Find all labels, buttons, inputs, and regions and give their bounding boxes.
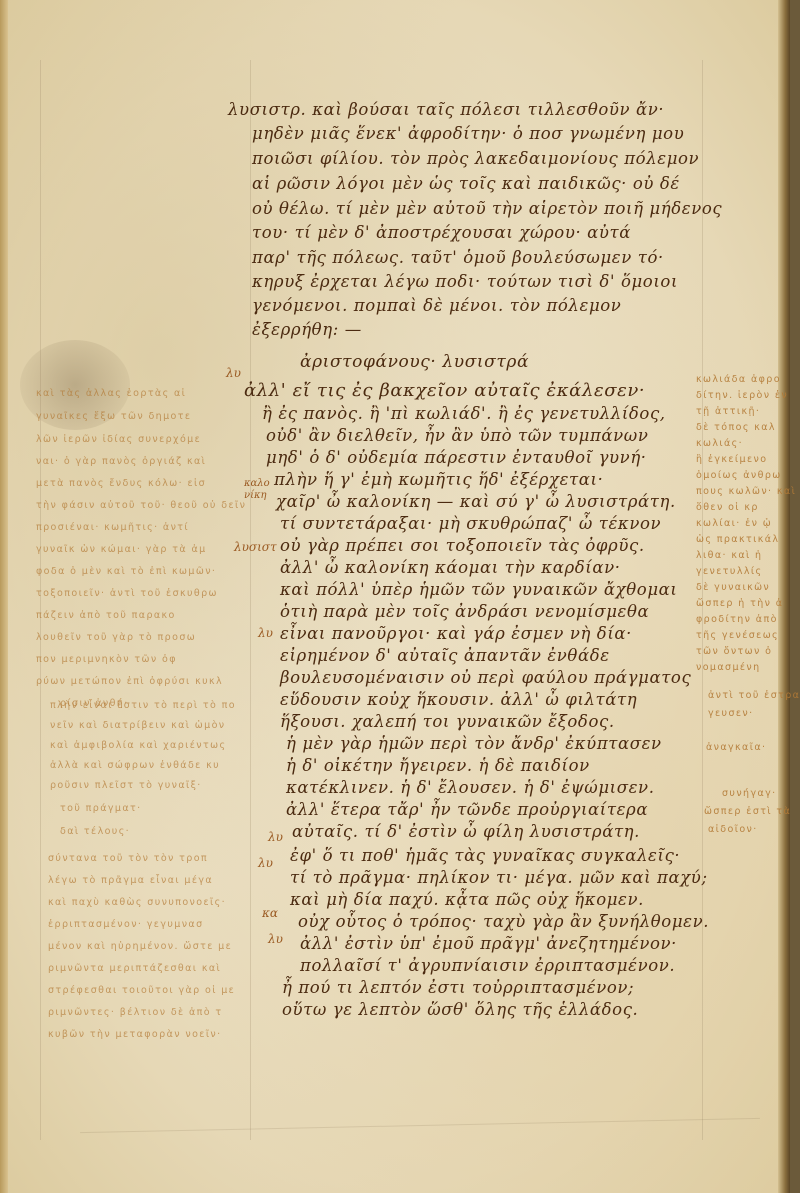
text-line: χαῖρ' ὦ καλονίκη — καὶ σύ γ' ὦ λυσιστράτ… [276,492,676,511]
text-line: ἀλλ' ὦ καλονίκη κάομαι τὴν καρδίαν· [280,558,621,577]
text-line: του· τί μὲν δ' ἀποστρέχουσαι χώρου· αὐτά [252,223,631,242]
text-line: κηρυξ ἐρχεται λέγω ποδι· τούτων τισὶ δ' … [252,272,678,291]
ruling-line [80,1118,760,1133]
text-line: αὐταῖς. τί δ' ἐστὶν ὦ φίλη λυσιστράτη. [292,822,640,841]
scholia-line: τὴν φάσιν αὐτοῦ τοῦ· θεοῦ οὐ δεῖν [36,500,246,511]
text-line: οὐ θέλω. τί μὲν μὲν αὐτοῦ τὴν αἱρετὸν πο… [252,199,722,218]
scholia-line: γενετυλλίς [696,566,762,577]
scholia-line: τῆς γενέσεως [696,630,779,641]
text-line: ἢ ἐς πανὸς. ἢ 'πὶ κωλιάδ'. ἢ ἐς γενετυλλ… [262,404,666,423]
text-line: ἡ δ' οἰκέτην ἤγειρεν. ἡ δὲ παιδίον [286,756,590,775]
text-line: παρ' τῆς πόλεως. ταῦτ' ὁμοῦ βουλεύσωμεν … [252,248,664,267]
text-line: καὶ μὴ δία παχύ. κᾆτα πῶς οὐχ ἥκομεν. [290,890,644,909]
scholia-line: λέγω τὸ πρᾶγμα εἶναι μέγα [48,875,213,886]
text-line: ἐφ' ὅ τι ποθ' ἡμᾶς τὰς γυναῖκας συγκαλεῖ… [290,846,680,865]
text-line: ἡ μὲν γὰρ ἡμῶν περὶ τὸν ἄνδρ' ἐκύπτασεν [286,734,662,753]
scholia-line: καὶ τὰς ἀλλας ἑορτὰς αἱ [36,388,186,399]
text-line: λυσιστρ. καὶ βούσαι ταῖς πόλεσι τιλλεσθο… [228,100,664,119]
page-edge [778,0,790,1193]
scholia-line: καὶ παχὺ καθὼς συνυπονοεῖς· [48,897,226,908]
speaker-siglum: λυ [226,366,241,380]
text-line: ἀλλ' ἐστὶν ὑπ' ἐμοῦ πρᾶγμ' ἀνεζητημένον· [300,934,677,953]
scholia-line: ἀλλὰ καὶ σώφρων ἐνθάδε κυ [50,760,220,771]
scholia-line: γυναῖκες ἔξω τῶν δημοτε [36,411,191,422]
scholia-line: κυβῶν τὴν μεταφορὰν νοεῖν· [48,1029,222,1040]
scholia-line: ἀναγκαῖα· [706,742,766,753]
text-line: μηδὲν μιᾶς ἕνεκ' ἀφροδίτην· ὁ ποσ γνωμέν… [252,124,684,143]
speaker-siglum: λυ [268,830,283,844]
text-line: ποιῶσι φίλίου. τὸν πρὸς λακεδαιμονίους π… [252,149,699,168]
scholia-line: ὡς πρακτικάλ [696,534,779,545]
text-line: εὕδουσιν κοὐχ ἥκουσιν. ἀλλ' ὦ φιλτάτη [280,690,637,709]
text-line: οὕτω γε λεπτὸν ὥσθ' ὅλης τῆς ἑλλάδος. [282,1000,638,1019]
text-line: ἐξερρήθη: — [252,320,362,339]
text-line: εἰρημένον δ' αὐταῖς ἀπαντᾶν ἐνθάδε [280,646,610,665]
scholia-line: γευσεν· [708,708,754,719]
scholia-line: κωλιάς· [696,438,743,449]
scholia-line: συνήγαγ· [722,788,777,799]
scholia-line: δίτην. ἱερὸν ἐν [696,390,788,401]
text-line: ἀλλ' εἴ τις ἐς βακχεῖον αὐταῖς ἐκάλεσεν· [244,380,645,401]
scholia-line: νεῖν καὶ διατρίβειν καὶ ὡμὸν [50,720,225,731]
speaker-siglum: λυ [268,932,283,946]
scholia-line: ροῦσιν πλεῖστ τὸ γυναῖξ· [50,780,202,791]
text-line: γενόμενοι. πομπαὶ δὲ μένοι. τὸν πόλεμον [252,296,621,315]
text-line: μηδ' ὁ δ' οὐδεμία πάρεστιν ἐνταυθοῖ γυνή… [266,448,647,467]
scholia-line: ὅθεν οἱ κρ [696,502,759,513]
scholia-line: κωλίαι· ἐν ᾧ [696,518,772,529]
scholia-line: τοξοποιεῖν· ἀντὶ τοῦ ἐσκυθρω [36,588,218,599]
scholia-line: πλὴν εἶναι ἔστιν τὸ περὶ τὸ πο [50,700,236,711]
text-line: οὐδ' ἂν διελθεῖν, ἦν ἂν ὑπὸ τῶν τυμπάνων [266,426,648,445]
scholia-line: ὥσπερ ἡ τὴν ἀ [696,598,783,609]
text-line: οὐ γὰρ πρέπει σοι τοξοποιεῖν τὰς ὀφρῦς. [280,536,645,555]
scholia-line: λιθα· καὶ ἡ [696,550,762,561]
speaker-siglum: λυσιστ [234,540,277,554]
ruling-line [40,60,41,1140]
scholia-line: αἰδοῖον· [708,824,758,835]
scholia-line: προσιέναι· κωμῆτις· ἀντί [36,522,189,533]
scholia-line: πάζειν ἀπὸ τοῦ παρακο [36,610,176,621]
ruling-line [250,60,251,1140]
text-line: κατέκλινεν. ἡ δ' ἔλουσεν. ἡ δ' ἐψώμισεν. [286,778,655,797]
scholia-line: ἀντὶ τοῦ ἐστρα [708,690,800,701]
speaker-siglum: λυ [258,626,273,640]
scholia-line: τῇ ἀττικῇ· [696,406,760,417]
scholia-line: σύντανα τοῦ τὸν τὸν τροπ [48,853,208,864]
scholia-line: ναι· ὁ γὰρ πανὸς ὀργιάζ καὶ [36,456,206,467]
text-line: τί συντετάραξαι· μὴ σκυθρώπαζ' ὦ τέκνον [280,514,661,533]
text-line: ἥξουσι. χαλεπή τοι γυναικῶν ἔξοδος. [280,712,615,731]
scholia-line: ὥσπερ ἐστὶ τὰ [704,806,791,817]
scholia-line: ριμνῶντες· βέλτιον δὲ ἀπὸ τ [48,1007,223,1018]
scholia-line: κωλιάδα ἀφρο [696,374,781,385]
play-title: ἀριστοφάνους· λυσιστρά [300,352,529,372]
scholia-line: νομασμένη [696,662,761,673]
speaker-siglum: λυ [258,856,273,870]
scholia-line: πους κωλῶν· καὶ [696,486,796,497]
text-line: βουλευσομέναισιν οὐ περὶ φαύλου πράγματο… [280,668,691,687]
manuscript-folio: λυσιστρ. καὶ βούσαι ταῖς πόλεσι τιλλεσθο… [0,0,790,1193]
scholia-line: ρύων μετώπον ἐπὶ ὀφρύσι κυκλ [36,676,223,687]
scholia-line: τοῦ πράγματ· [60,803,142,814]
text-line: τί τὸ πρᾶγμα· πηλίκον τι· μέγα. μῶν καὶ … [290,868,708,887]
text-line: εἶναι πανοῦργοι· καὶ γάρ ἐσμεν νὴ δία· [280,624,632,643]
scholia-line: δὲ τόπος καλ [696,422,776,433]
scholia-line: λουθεῖν τοῦ γὰρ τὸ προσω [36,632,196,643]
scholia-line: στρέφεσθαι τοιοῦτοι γὰρ οἱ με [48,985,235,996]
scholia-line: φοδα ὁ μὲν καὶ τὸ ἐπὶ κωμῶν· [36,566,216,577]
scholia-line: δὲ γυναικῶν [696,582,770,593]
scholia-line: μετὰ πανὸς ἔνδυς κόλω· εἰσ [36,478,206,489]
text-line: ἀλλ' ἕτερα τἄρ' ἦν τῶνδε προὐργιαίτερα [286,800,648,819]
text-line: καὶ πόλλ' ὑπὲρ ἡμῶν τῶν γυναικῶν ἄχθομαι [280,580,677,599]
text-line: ὁτιὴ παρὰ μὲν τοῖς ἀνδράσι νενομίσμεθα [280,602,649,621]
scholia-line: πον μεριμνηκὸν τῶν ὀφ [36,654,177,665]
scholia-line: δαὶ τέλους· [60,826,130,837]
scholia-line: καὶ ἀμφιβολία καὶ χαριέντως [50,740,226,751]
speaker-siglum: καλο νίκη [244,478,274,502]
scholia-line: ἣ ἐγκείμενο [696,454,767,465]
text-line: πολλαῖσί τ' ἀγρυπνίαισιν ἐρριπτασμένον. [300,956,675,975]
text-line: αἱ ρῶσιν λόγοι μὲν ὡς τοῖς καὶ παιδικῶς·… [252,174,680,193]
text-line: οὐχ οὗτος ὁ τρόπος· ταχὺ γὰρ ἂν ξυνήλθομ… [298,912,709,931]
scholia-line: ἐρριπτασμένον· γεγυμνασ [48,919,204,930]
scholia-line: ριμνῶντα μεριπτάζεσθαι καὶ [48,963,221,974]
text-line: ἦ πού τι λεπτόν ἐστι τοὐρριπτασμένον; [282,978,634,997]
scholia-line: ὁμοίως ἀνθρω [696,470,782,481]
speaker-siglum: κα [262,906,278,920]
scholia-line: φροδίτην ἀπὸ [696,614,778,625]
scholia-line: λῶν ἱερῶν ἰδίας συνερχόμε [36,434,201,445]
scholia-line: γυναῖκ ὡν κώμαι· γὰρ τὰ ἀμ [36,544,207,555]
binding-gutter [0,0,8,1193]
scholia-line: τῶν ὄντων ὀ [696,646,772,657]
text-line: πλὴν ἥ γ' ἐμὴ κωμῆτις ἥδ' ἐξέρχεται· [274,470,603,489]
scholia-line: μένον καὶ ηὑρημένον. ὥστε με [48,941,232,952]
